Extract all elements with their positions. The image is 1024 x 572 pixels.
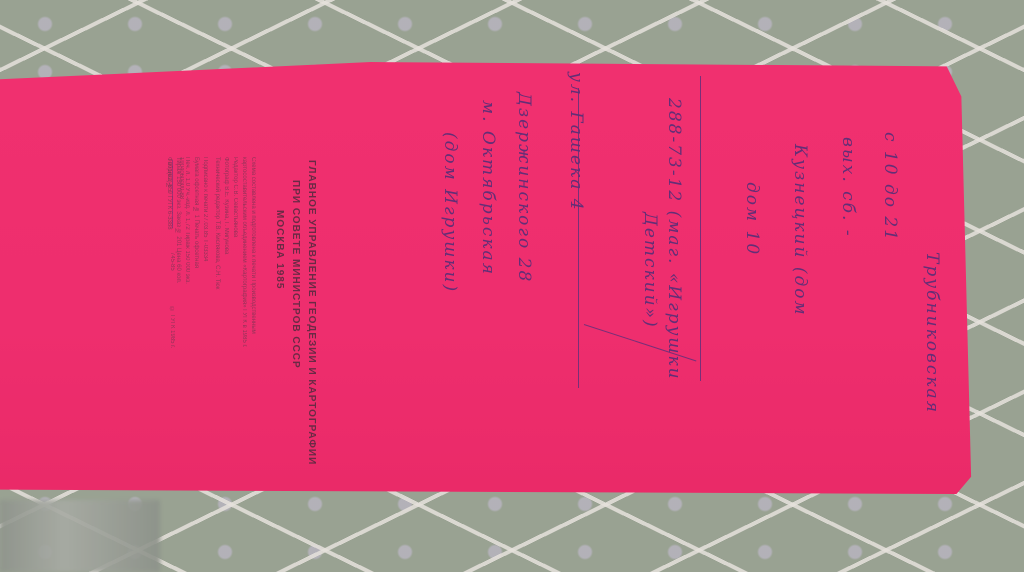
credit-line: Редактор С.В. Севастьянова [230,157,239,237]
handwritten-line: вых. сб. - [838,137,858,238]
code-1: 1904060000-88 [176,157,185,199]
credit-line: Бумага офсетная № 1 Печать офсетная [191,157,200,268]
city-year: МОСКВА 1985 [274,210,285,289]
handwritten-line: Дзержинского 28 [514,92,534,283]
handwritten-line: 288-73-12 (маг. «Игрушки [664,98,684,381]
credit-line: Схема составлена и подготовлена к печати… [248,157,257,334]
handwritten-line: (дом Игрушки) [440,132,460,293]
copyright: © ГУГК 1985 г. [167,307,176,348]
blurred-region [0,500,160,572]
handwritten-line: дом 10 [742,182,762,256]
code-3: 745-85 [167,252,176,271]
credit-line: Технический редактор Т.В. Кислякова, С.Н… [212,157,221,289]
publisher-line-2: ПРИ СОВЕТЕ МИНИСТРОВ СССР [290,180,301,369]
handwritten-line: Детский») [640,212,660,329]
handwritten-line: с 10 до 21 [880,132,900,242]
credit-line: картосоставительским объединением «Карто… [239,157,248,348]
credit-line: Подписано к печати 27.03.85 Т-03334 [200,157,209,261]
pink-map-folder: ГЛАВНОЕ УПРАВЛЕНИЕ ГЕОДЕЗИИ И КАРТОГРАФИ… [0,62,976,494]
handwritten-line: Кузнецкий (дом [790,144,810,317]
handwritten-line: ул. Гашека 4 [566,72,586,212]
handwritten-line: Трубниковская [922,252,942,414]
code-2: 071(02)-85 [164,162,173,191]
ink-underline [700,76,701,381]
credit-line: Фотограф В.Е. Кузина, Г. Мигунова [221,157,230,254]
ink-underline [578,88,579,388]
publisher-line-1: ГЛАВНОЕ УПРАВЛЕНИЕ ГЕОДЕЗИИ И КАРТОГРАФИ… [306,160,317,465]
handwritten-line: м. Октябрьская [478,100,498,276]
